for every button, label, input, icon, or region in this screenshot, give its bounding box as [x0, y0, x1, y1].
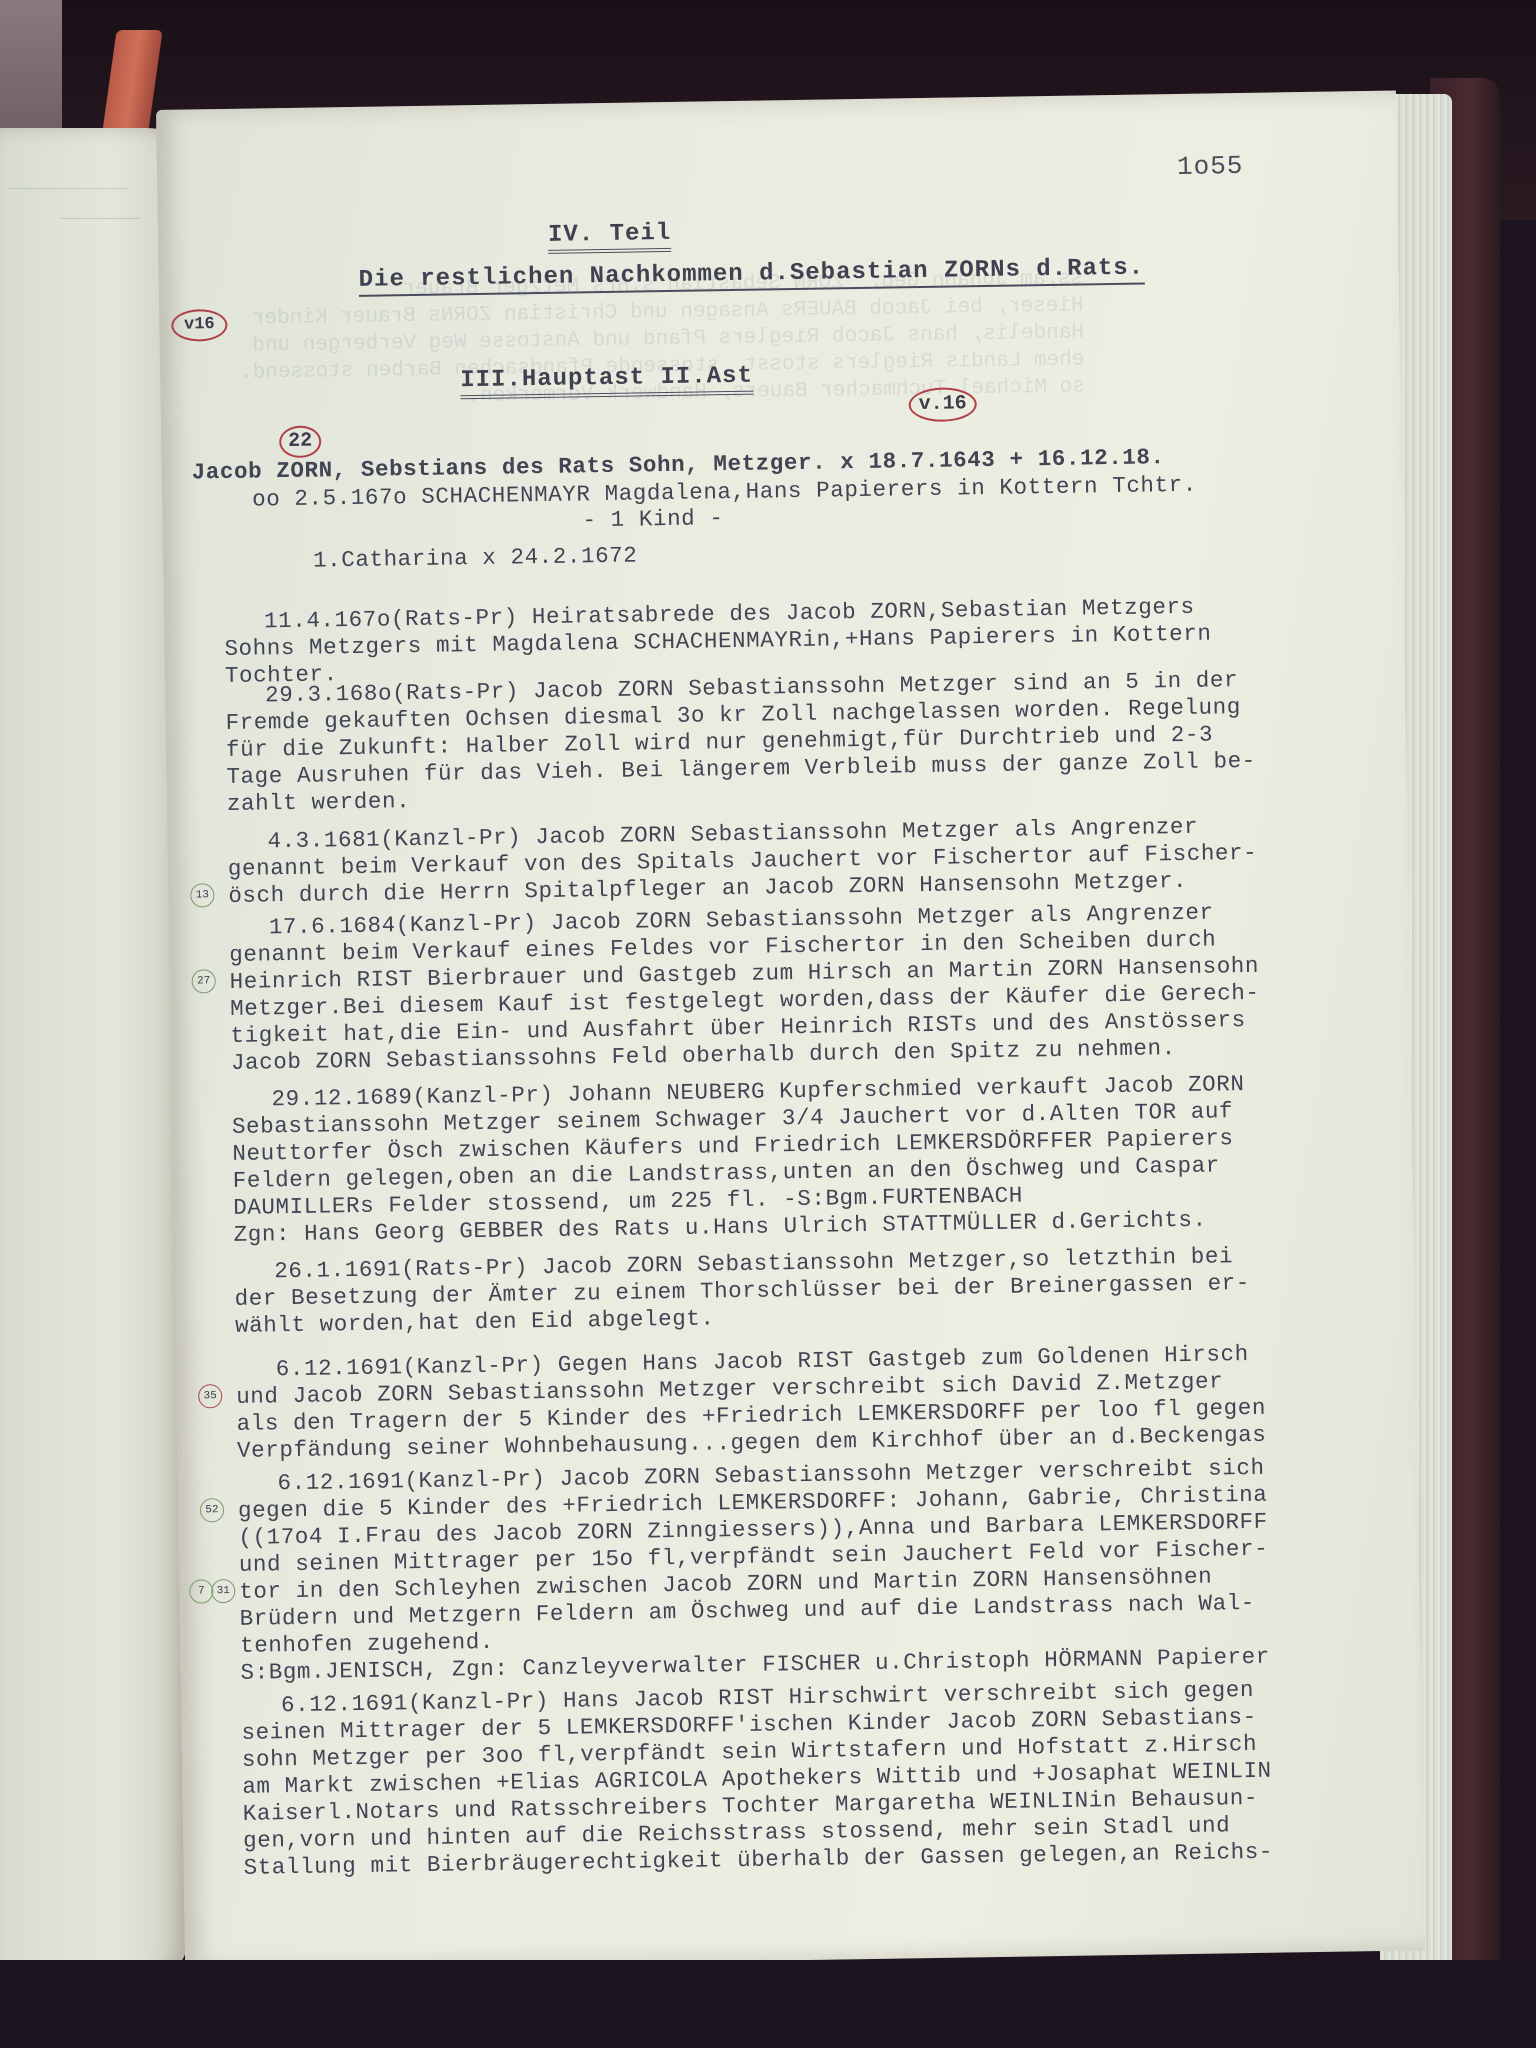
margin-mark-35: 35 — [198, 1384, 222, 1408]
margin-mark-v16: v16 — [171, 309, 227, 342]
entry-line: zahlt werden. — [227, 788, 411, 817]
subsection-title: III.Hauptast II.Ast — [460, 363, 753, 395]
person-number-mark: 22 — [279, 425, 321, 458]
part-title: IV. Teil — [548, 220, 672, 249]
margin-mark-13: 13 — [190, 883, 214, 907]
entry-line: tenhofen zugehend. — [240, 1629, 494, 1659]
bleed-line — [60, 218, 140, 219]
margin-mark-31: 31 — [211, 1579, 235, 1603]
margin-mark-52: 52 — [200, 1498, 224, 1522]
margin-mark-7: 7 — [189, 1579, 213, 1603]
document-page: ss,am Johann Geo, ZORN Sebastian s.Hrs M… — [156, 91, 1425, 1970]
bleed-line — [8, 188, 128, 189]
background-object — [0, 0, 62, 140]
page-number: 1o55 — [1177, 151, 1244, 182]
margin-mark-27: 27 — [192, 969, 216, 993]
child-entry: 1.Catharina x 24.2.1672 — [313, 542, 638, 573]
margin-mark-v16-right: v.16 — [908, 387, 977, 422]
dark-background-bottom — [0, 1960, 1536, 2048]
left-page — [0, 128, 186, 1988]
children-header: - 1 Kind - — [582, 505, 723, 533]
